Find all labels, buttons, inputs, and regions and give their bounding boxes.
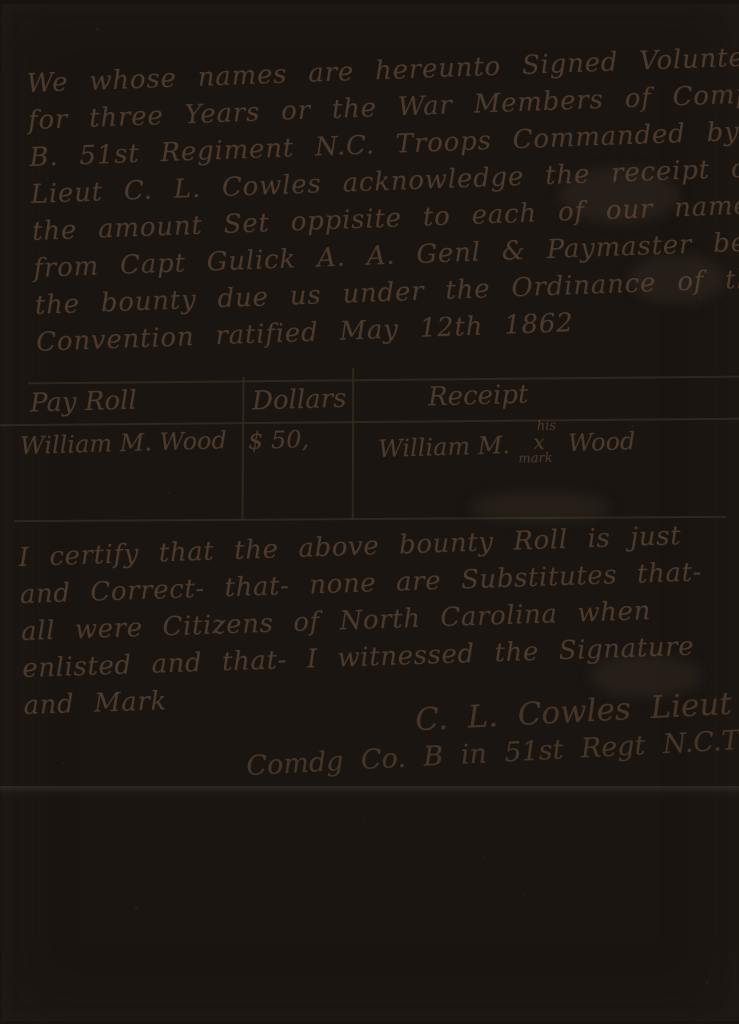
scan-edge-left (0, 0, 2, 1024)
scan-edge-top (0, 0, 739, 4)
table-header-pay-roll: Pay Roll (30, 386, 137, 419)
ink-bleed (470, 492, 610, 522)
x-mark: x (533, 432, 545, 452)
receipt-name-last: Wood (568, 427, 636, 457)
table-cell-name: William M. Wood (20, 426, 227, 460)
paper-speck (135, 906, 138, 909)
paper-speck (700, 297, 702, 299)
paper-speck (168, 492, 170, 494)
table-header-receipt: Receipt (428, 380, 529, 413)
ink-bleed (560, 168, 680, 223)
paper-speck (96, 28, 99, 31)
paper-speck (483, 856, 485, 858)
his-x-mark-annotation: his x mark (521, 420, 556, 463)
table-column-divider-1 (242, 377, 244, 520)
table-header-dollars: Dollars (252, 384, 347, 417)
ink-bleed (630, 255, 725, 303)
paper-speck (62, 762, 64, 764)
table-cell-receipt-signature: William M. his x mark Wood (377, 420, 636, 470)
paper-speck (632, 425, 634, 427)
paper-speck (706, 981, 709, 984)
document-page: We whose names are hereunto Signed Volun… (0, 0, 739, 1024)
his-label: his (537, 419, 557, 433)
paper-speck (325, 213, 328, 216)
paper-speck (362, 820, 364, 822)
table-rule-top (28, 376, 739, 384)
table-cell-amount: $ 50, (248, 425, 310, 455)
paper-speck (523, 893, 525, 895)
fold-crease (0, 786, 739, 798)
receipt-name-first: William M. (378, 431, 511, 463)
table-column-divider-2 (352, 368, 354, 520)
ink-bleed (590, 655, 700, 697)
mark-label: mark (518, 452, 553, 466)
